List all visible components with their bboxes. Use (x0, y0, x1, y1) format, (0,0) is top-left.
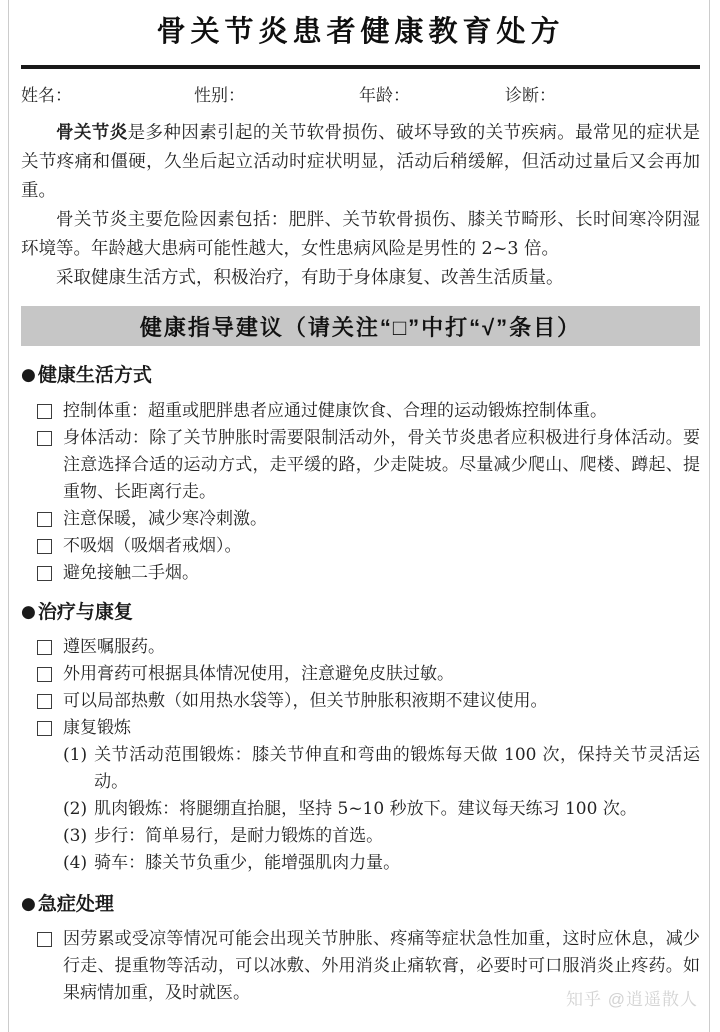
zhihu-watermark: 知乎 @逍遥散人 (566, 985, 698, 1010)
checkbox[interactable] (37, 667, 52, 682)
name-field: 姓名： (21, 85, 194, 107)
checkbox[interactable] (37, 694, 52, 709)
diagnosis-field: 诊断： (505, 85, 700, 107)
gender-input-area[interactable] (245, 85, 359, 107)
sublist-item: (2) 肌肉锻炼：将腿绷直抬腿，坚持 5~10 秒放下。建议每天练习 100 次… (63, 796, 700, 823)
section-lifestyle-title: 健康生活方式 (38, 362, 152, 388)
section-treatment: ● 治疗与康复 遵医嘱服药。 外用膏药可根据具体情况使用，注意避免皮肤过敏。 可… (21, 599, 700, 877)
checkbox[interactable] (37, 640, 52, 655)
subitem-text: 骑车：膝关节负重少，能增强肌肉力量。 (94, 850, 700, 877)
rehab-exercise-sublist: (1) 关节活动范围锻炼：膝关节伸直和弯曲的锻炼每天做 100 次，保持关节灵活… (63, 742, 700, 877)
intro-paragraph-3: 采取健康生活方式，积极治疗，有助于身体康复、改善生活质量。 (21, 264, 700, 293)
sublist-item: (3) 步行：简单易行，是耐力锻炼的首选。 (63, 823, 700, 850)
checklist-item: 不吸烟（吸烟者戒烟）。 (37, 533, 700, 560)
subitem-number: (1) (63, 742, 87, 796)
checklist-item: 避免接触二手烟。 (37, 560, 700, 587)
checkbox[interactable] (37, 721, 52, 736)
checklist-item: 控制体重：超重或肥胖患者应通过健康饮食、合理的运动锻炼控制体重。 (37, 398, 700, 425)
name-label: 姓名： (21, 85, 72, 107)
age-label: 年龄： (359, 85, 410, 107)
subitem-text: 肌肉锻炼：将腿绷直抬腿，坚持 5~10 秒放下。建议每天练习 100 次。 (94, 796, 700, 823)
checklist-item-text: 康复锻炼 (63, 715, 700, 742)
intro-block: 骨关节炎是多种因素引起的关节软骨损伤、破坏导致的关节疾病。最常见的症状是关节疼痛… (21, 119, 700, 293)
subitem-number: (2) (63, 796, 87, 823)
checklist-item: 注意保暖，减少寒冷刺激。 (37, 506, 700, 533)
subitem-text: 关节活动范围锻炼：膝关节伸直和弯曲的锻炼每天做 100 次，保持关节灵活运动。 (94, 742, 700, 796)
section-lifestyle: ● 健康生活方式 控制体重：超重或肥胖患者应通过健康饮食、合理的运动锻炼控制体重… (21, 362, 700, 587)
checklist-item-text: 控制体重：超重或肥胖患者应通过健康饮食、合理的运动锻炼控制体重。 (63, 398, 700, 425)
section-lifestyle-header: ● 健康生活方式 (21, 362, 700, 388)
section-bullet-icon: ● (21, 891, 36, 917)
checklist-item-text: 身体活动：除了关节肿胀时需要限制活动外，骨关节炎患者应积极进行身体活动。要注意选… (63, 425, 700, 506)
intro-paragraph-2: 骨关节炎主要危险因素包括：肥胖、关节软骨损伤、膝关节畸形、长时间寒冷阴湿环境等。… (21, 206, 700, 264)
treatment-checklist: 遵医嘱服药。 外用膏药可根据具体情况使用，注意避免皮肤过敏。 可以局部热敷（如用… (21, 634, 700, 877)
section-emergency-title: 急症处理 (38, 891, 114, 917)
checklist-item: 身体活动：除了关节肿胀时需要限制活动外，骨关节炎患者应积极进行身体活动。要注意选… (37, 425, 700, 506)
checklist-item-text: 外用膏药可根据具体情况使用，注意避免皮肤过敏。 (63, 661, 700, 688)
checkbox[interactable] (37, 512, 52, 527)
checklist-item: 可以局部热敷（如用热水袋等），但关节肿胀积液期不建议使用。 (37, 688, 700, 715)
section-treatment-title: 治疗与康复 (38, 599, 133, 625)
subitem-number: (3) (63, 823, 87, 850)
checkbox[interactable] (37, 539, 52, 554)
checklist-item: 康复锻炼 (1) 关节活动范围锻炼：膝关节伸直和弯曲的锻炼每天做 100 次，保… (37, 715, 700, 877)
name-input-area[interactable] (72, 85, 194, 107)
checklist-item-text: 避免接触二手烟。 (63, 560, 700, 587)
sublist-item: (4) 骑车：膝关节负重少，能增强肌肉力量。 (63, 850, 700, 877)
section-bullet-icon: ● (21, 599, 36, 625)
page-title: 骨关节炎患者健康教育处方 (21, 12, 700, 52)
gender-field: 性别： (194, 85, 359, 107)
age-input-area[interactable] (410, 85, 505, 107)
checklist-item: 外用膏药可根据具体情况使用，注意避免皮肤过敏。 (37, 661, 700, 688)
checkbox[interactable] (37, 404, 52, 419)
sublist-item: (1) 关节活动范围锻炼：膝关节伸直和弯曲的锻炼每天做 100 次，保持关节灵活… (63, 742, 700, 796)
section-bullet-icon: ● (21, 362, 36, 388)
intro-keyword: 骨关节炎 (56, 123, 128, 143)
checklist-item-text: 可以局部热敷（如用热水袋等），但关节肿胀积液期不建议使用。 (63, 688, 700, 715)
section-emergency-header: ● 急症处理 (21, 891, 700, 917)
checklist-item-text: 遵医嘱服药。 (63, 634, 700, 661)
page-content: 骨关节炎患者健康教育处方 姓名： 性别： 年龄： 诊断： 骨关节炎是多种因素引起… (0, 0, 720, 1007)
patient-info-row: 姓名： 性别： 年龄： 诊断： (21, 85, 700, 107)
checklist-item-text: 不吸烟（吸烟者戒烟）。 (63, 533, 700, 560)
gender-label: 性别： (194, 85, 245, 107)
intro-paragraph-1: 骨关节炎是多种因素引起的关节软骨损伤、破坏导致的关节疾病。最常见的症状是关节疼痛… (21, 119, 700, 206)
diagnosis-input-area[interactable] (556, 85, 700, 107)
checkbox[interactable] (37, 566, 52, 581)
checkbox[interactable] (37, 932, 52, 947)
checklist-item-group: 康复锻炼 (1) 关节活动范围锻炼：膝关节伸直和弯曲的锻炼每天做 100 次，保… (63, 715, 700, 877)
checklist-item: 遵医嘱服药。 (37, 634, 700, 661)
section-treatment-header: ● 治疗与康复 (21, 599, 700, 625)
lifestyle-checklist: 控制体重：超重或肥胖患者应通过健康饮食、合理的运动锻炼控制体重。 身体活动：除了… (21, 398, 700, 587)
subitem-number: (4) (63, 850, 87, 877)
title-divider (21, 65, 700, 69)
health-guidance-banner: 健康指导建议（请关注“□”中打“√”条目） (21, 306, 700, 346)
checklist-item-text: 注意保暖，减少寒冷刺激。 (63, 506, 700, 533)
age-field: 年龄： (359, 85, 505, 107)
document-page: 骨关节炎患者健康教育处方 姓名： 性别： 年龄： 诊断： 骨关节炎是多种因素引起… (0, 0, 720, 1032)
subitem-text: 步行：简单易行，是耐力锻炼的首选。 (94, 823, 700, 850)
diagnosis-label: 诊断： (505, 85, 556, 107)
checkbox[interactable] (37, 431, 52, 446)
